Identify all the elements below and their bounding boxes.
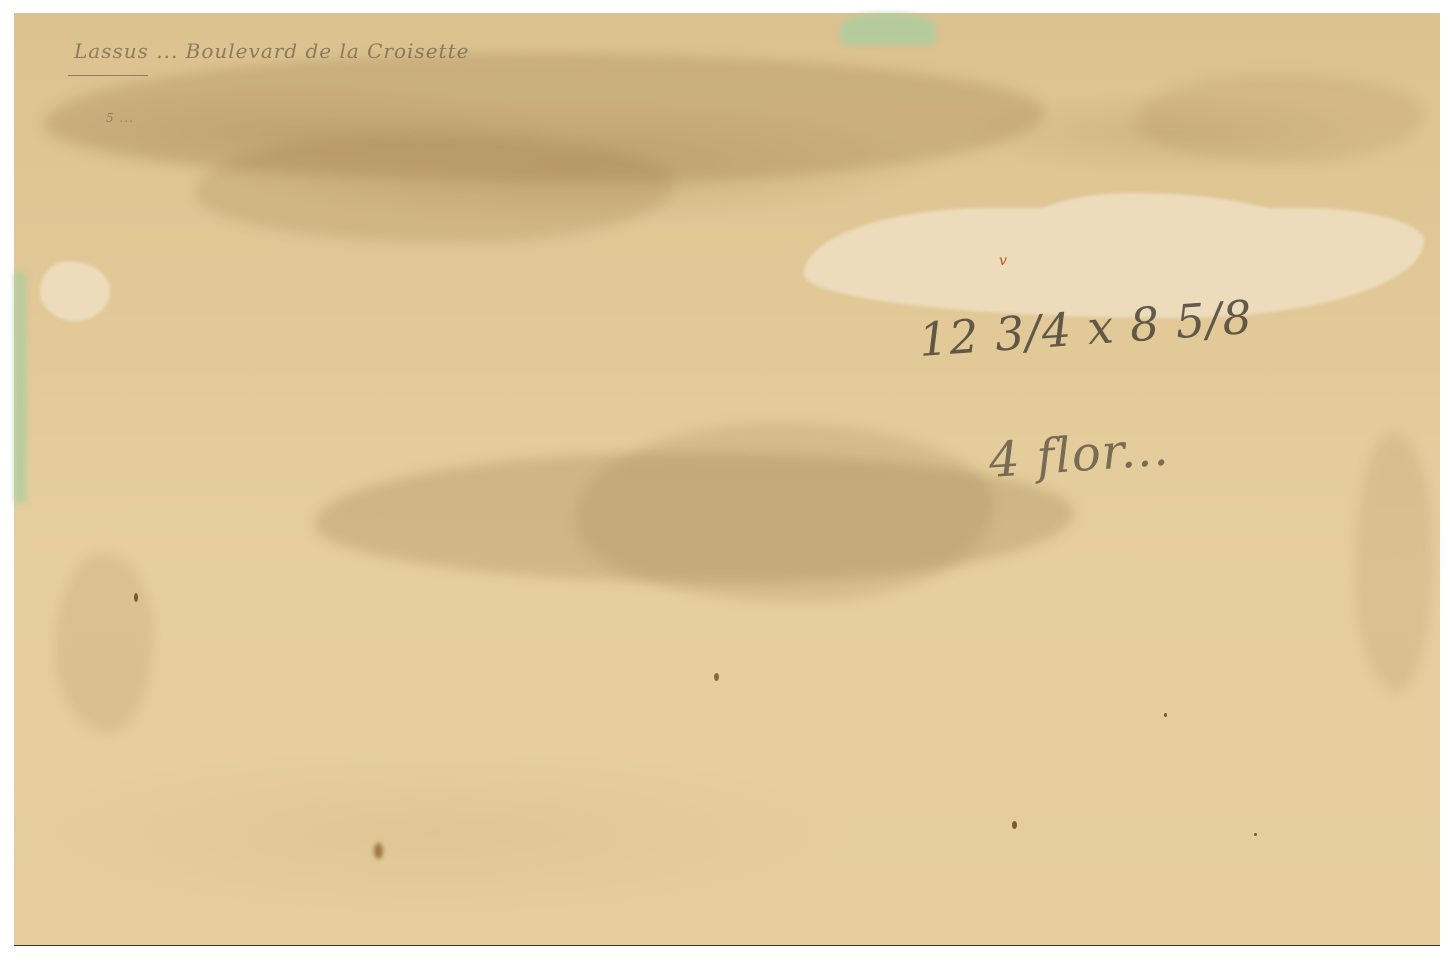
paper-sheet: Lassus ... Boulevard de la Croisette 5 .… <box>14 13 1440 945</box>
underline <box>68 75 148 76</box>
speck <box>374 843 383 859</box>
speck <box>134 593 138 602</box>
green-pigment-left-edge <box>14 273 26 503</box>
stain-right-edge <box>1354 433 1434 693</box>
speck <box>1254 833 1257 836</box>
speck <box>1012 821 1017 829</box>
speck <box>714 673 719 681</box>
green-pigment-top <box>840 13 936 45</box>
abraded-area-left <box>40 261 110 321</box>
stain-left-lower <box>54 553 154 733</box>
speck <box>1164 713 1167 717</box>
stain-mid-right <box>574 423 994 603</box>
abraded-area-right-2 <box>1024 193 1294 263</box>
stain-upper-left <box>194 133 674 243</box>
handwritten-title-annotation: Lassus ... Boulevard de la Croisette <box>74 39 469 63</box>
handwritten-note: 4 flor... <box>987 420 1171 488</box>
stain-upper-right <box>1134 73 1424 163</box>
handwritten-small-note: 5 ... <box>106 111 134 125</box>
red-mark: v <box>999 253 1007 269</box>
